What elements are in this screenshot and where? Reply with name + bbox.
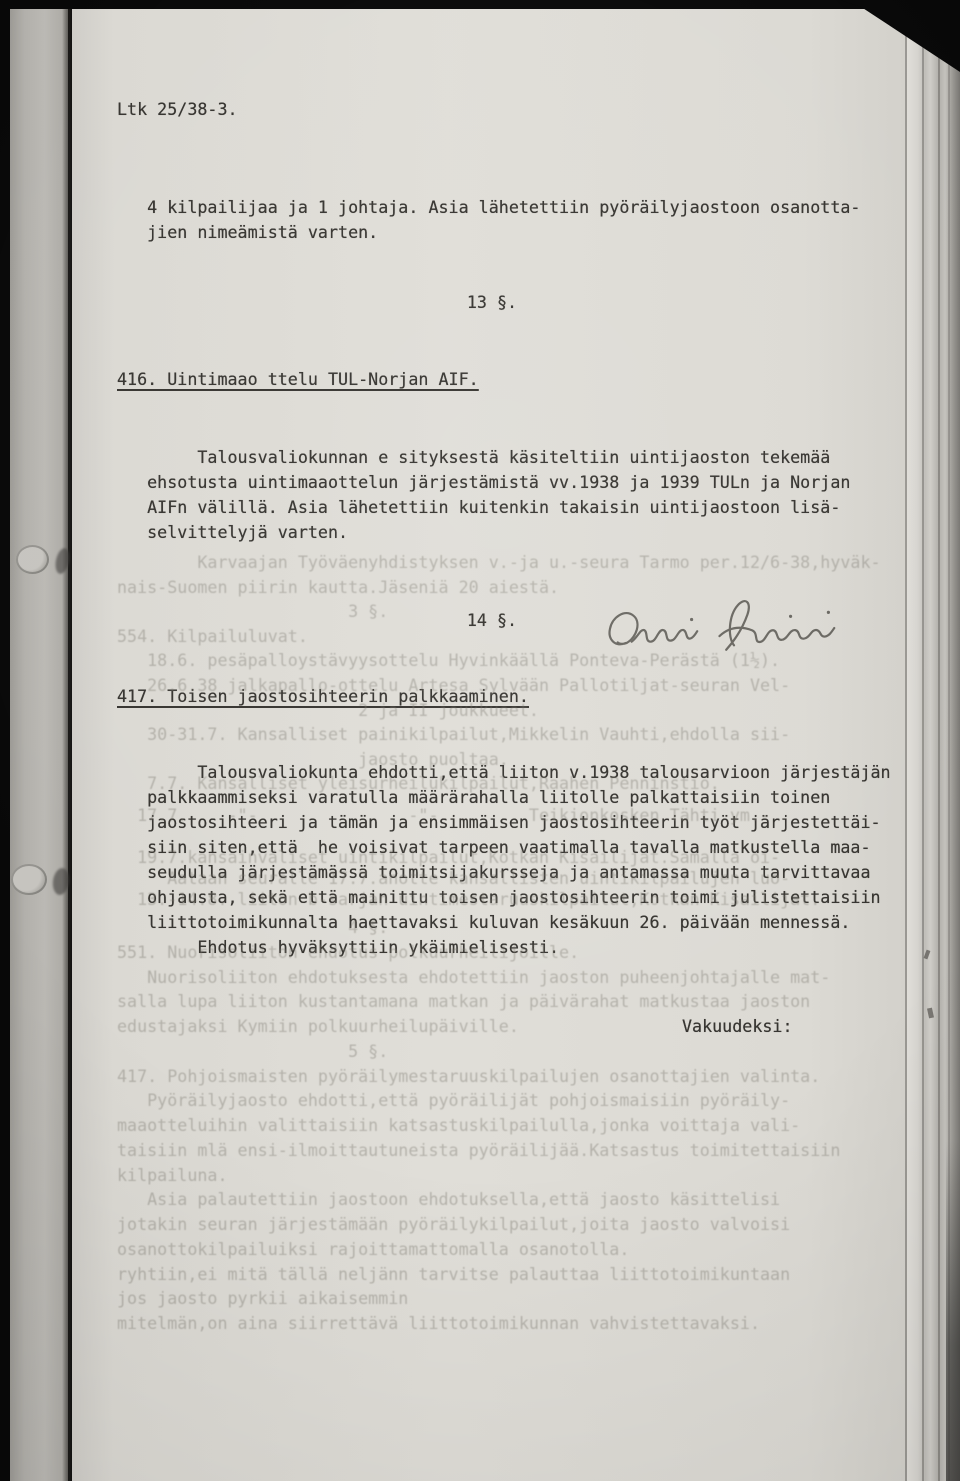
scanned-document-page: Ltk 25/38-3. 4 kilpailijaa ja 1 johtaja.… (0, 0, 960, 1481)
item-416-paragraph: Talousvaliokunnan e sityksestä käsitelti… (117, 445, 889, 545)
page-edge-line (922, 0, 924, 1481)
paragraph-continuation: 4 kilpailijaa ja 1 johtaja. Asia lähetet… (117, 195, 889, 245)
ghost-text-block-middle: 17.7. -"- -"- Teikionkosken Tähti ym.- 1… (117, 805, 820, 910)
book-spine-strip (10, 7, 68, 1481)
page-edge-line (938, 0, 940, 1481)
ghost-text-block-lower: 4 §. 551. Nuorisoliiton ehdotus polkuurh… (117, 915, 840, 1336)
paper-page: Ltk 25/38-3. 4 kilpailijaa ja 1 johtaja.… (72, 7, 907, 1481)
scan-edge-top (0, 0, 960, 9)
scan-edge-bottom-right (946, 1141, 960, 1481)
punch-hole (16, 545, 49, 574)
scan-edge-left (0, 0, 10, 1481)
document-reference: Ltk 25/38-3. (117, 97, 889, 122)
item-416-title: 416. Uintimaao ttelu TUL-Norjan AIF. (117, 367, 889, 392)
item-416-title-text: 416. Uintimaao ttelu TUL-Norjan AIF. (117, 369, 479, 389)
ghost-text-block-upper: Karvaajan Työväenyhdistyksen v.-ja u.-se… (117, 550, 881, 796)
section-13-heading: 13 §. (117, 290, 889, 315)
punch-hole (11, 864, 47, 895)
